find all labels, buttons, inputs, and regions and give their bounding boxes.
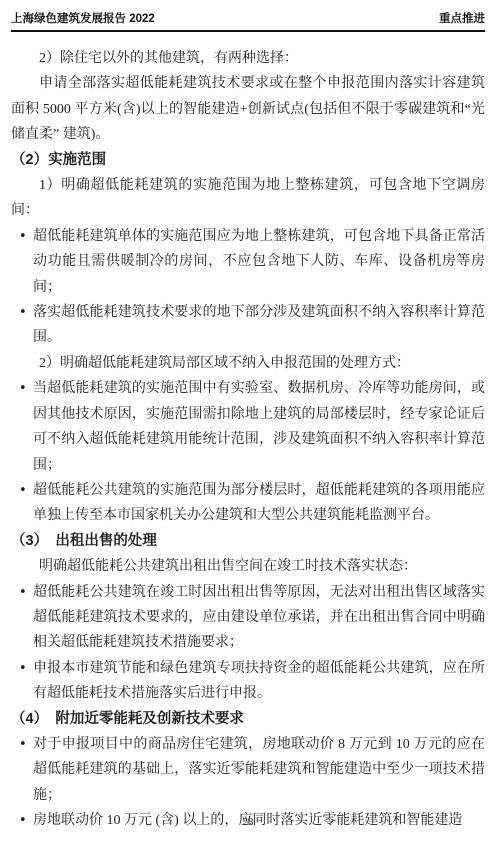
bullet-text: 落实超低能耗建筑技术要求的地下部分涉及建筑面积不纳入容积率计算范围。 <box>33 305 485 345</box>
bullet-icon: • <box>19 656 27 681</box>
header-section-title: 重点推进 <box>439 12 485 26</box>
heading-near-zero-energy: （4） 附加近零能耗及创新技术要求 <box>11 707 485 732</box>
header-report-title: 上海绿色建筑发展报告 2022 <box>11 12 155 26</box>
page-number: 28 <box>243 816 254 828</box>
bullet-text: 当超低能耗建筑的实施范围中有实验室、数据机房、冷库等功能房间，或因其他技术原因，… <box>33 381 485 472</box>
heading-implementation-scope: （2）实施范围 <box>11 148 485 173</box>
bullet-item: • 申报本市建筑节能和绿色建筑专项扶持资金的超低能耗公共建筑，应在所有超低能耗技… <box>11 656 485 707</box>
heading-rent-sale-handling: （3） 出租出售的处理 <box>11 529 485 554</box>
paragraph-scope-item-1: 1）明确超低能耗建筑的实施范围为地上整栋建筑，可包含地下空调房间： <box>11 173 485 224</box>
page-header: 上海绿色建筑发展报告 2022 重点推进 <box>11 12 485 32</box>
bullet-icon: • <box>19 478 27 503</box>
bullet-icon: • <box>19 224 27 249</box>
bullet-item: • 落实超低能耗建筑技术要求的地下部分涉及建筑面积不纳入容积率计算范围。 <box>11 300 485 351</box>
bullet-text: 超低能耗建筑单体的实施范围应为地上整栋建筑，可包含地下具备正常活动功能且需供暖制… <box>33 229 485 295</box>
paragraph-other-buildings: 2）除住宅以外的其他建筑，有两种选择： <box>11 46 485 71</box>
bullet-icon: • <box>19 300 27 325</box>
paragraph-apply-options: 申请全部落实超低能耗建筑技术要求或在整个申报范围内落实计容建筑面积 5000 平… <box>11 71 485 147</box>
page-footer: 28 <box>0 816 496 828</box>
bullet-text: 申报本市建筑节能和绿色建筑专项扶持资金的超低能耗公共建筑，应在所有超低能耗技术措… <box>33 661 485 701</box>
bullet-item: • 超低能耗建筑单体的实施范围应为地上整栋建筑，可包含地下具备正常活动功能且需供… <box>11 224 485 300</box>
bullet-icon: • <box>19 580 27 605</box>
bullet-icon: • <box>19 376 27 401</box>
bullet-item: • 当超低能耗建筑的实施范围中有实验室、数据机房、冷库等功能房间，或因其他技术原… <box>11 376 485 478</box>
document-body: 2）除住宅以外的其他建筑，有两种选择： 申请全部落实超低能耗建筑技术要求或在整个… <box>11 46 485 834</box>
bullet-text: 超低能耗公共建筑的实施范围为部分楼层时，超低能耗建筑的各项用能应单独上传至本市国… <box>33 483 485 523</box>
bullet-text: 超低能耗公共建筑在竣工时因出租出售等原因，无法对出租出售区域落实超低能耗建筑技术… <box>33 585 485 651</box>
bullet-item: • 对于申报项目中的商品房住宅建筑，房地联动价 8 万元到 10 万元的应在超低… <box>11 732 485 808</box>
paragraph-rent-sale-intro: 明确超低能耗公共建筑出租出售空间在竣工时技术落实状态： <box>11 554 485 579</box>
bullet-text: 对于申报项目中的商品房住宅建筑，房地联动价 8 万元到 10 万元的应在超低能耗… <box>33 737 485 803</box>
bullet-icon: • <box>19 732 27 757</box>
bullet-item: • 超低能耗公共建筑在竣工时因出租出售等原因，无法对出租出售区域落实超低能耗建筑… <box>11 580 485 656</box>
paragraph-scope-item-2: 2）明确超低能耗建筑局部区域不纳入申报范围的处理方式： <box>11 351 485 376</box>
document-page: 上海绿色建筑发展报告 2022 重点推进 2）除住宅以外的其他建筑，有两种选择：… <box>0 0 496 848</box>
bullet-item: • 超低能耗公共建筑的实施范围为部分楼层时，超低能耗建筑的各项用能应单独上传至本… <box>11 478 485 529</box>
